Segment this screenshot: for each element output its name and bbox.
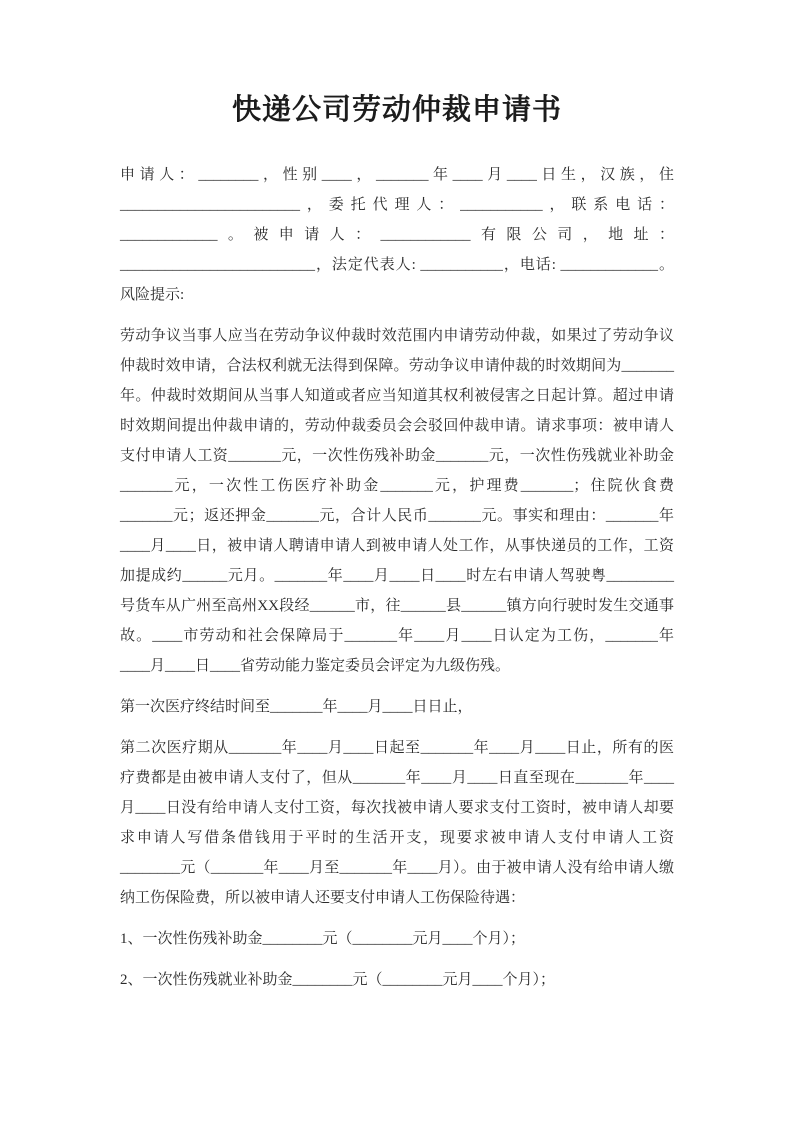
arbitration-application-page: 快递公司劳动仲裁申请书 申请人：________，性别____，_______年… (0, 0, 793, 1122)
claim-item-1: 1、一次性伤残补助金________元（________元月____个月）； (120, 924, 674, 954)
paragraph-risk-notice-and-claims: 劳动争议当事人应当在劳动争议仲裁时效范围内申请劳动仲裁，如果过了劳动争议仲裁时效… (120, 321, 674, 681)
paragraph-first-medical-period: 第一次医疗终结时间至_______年____月____日日止， (120, 692, 674, 722)
claim-item-2: 2、一次性伤残就业补助金________元（________元月____个月）； (120, 965, 674, 995)
paragraph-second-medical-period: 第二次医疗期从_______年____月____日起至_______年____月… (120, 733, 674, 913)
document-title: 快递公司劳动仲裁申请书 (120, 90, 674, 130)
paragraph-party-info: 申请人：________，性别____，_______年____月____日生，… (120, 160, 674, 310)
